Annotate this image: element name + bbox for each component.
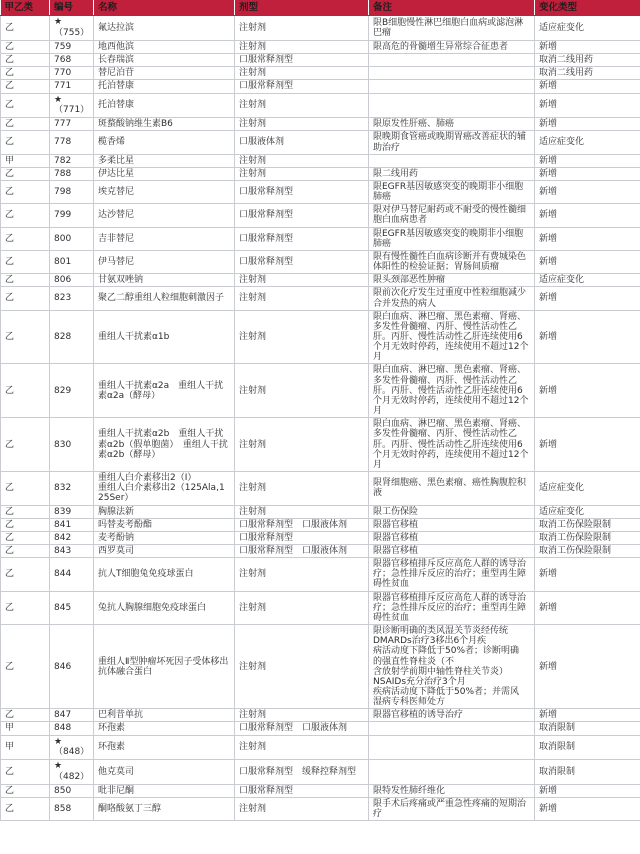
cell-class: 乙 — [1, 204, 50, 227]
header-remark-column: 备注 — [369, 0, 535, 16]
cell-number: 771 — [50, 80, 94, 93]
table-header-row: 甲乙类 编号 名称 剂型 备注 变化类型 — [1, 0, 640, 16]
cell-drug-name: 聚乙二醇重组人粒细胞刺激因子 — [94, 287, 235, 310]
cell-drug-name: 巴利昔单抗 — [94, 709, 235, 722]
cell-number: 782 — [50, 154, 94, 167]
cell-change-type: 新增 — [535, 558, 640, 591]
cell-dosage-form: 注射剂 — [235, 418, 369, 472]
cell-class: 乙 — [1, 505, 50, 518]
cell-remark: 限前次化疗发生过重度中性粒细胞减少合并发热的病人 — [369, 287, 535, 310]
cell-class: 乙 — [1, 67, 50, 80]
cell-dosage-form: 注射剂 — [235, 591, 369, 624]
cell-dosage-form: 注射剂 — [235, 67, 369, 80]
cell-number: 847 — [50, 709, 94, 722]
cell-number: 801 — [50, 250, 94, 273]
cell-drug-name: 重组人干扰素α2a 重组人干扰素α2a（酵母） — [94, 364, 235, 418]
cell-drug-name: 伊达比星 — [94, 167, 235, 180]
cell-remark: 限EGFR基因敏感突变的晚期非小细胞肺癌 — [369, 227, 535, 250]
cell-number: 823 — [50, 287, 94, 310]
cell-change-type: 新增 — [535, 80, 640, 93]
cell-number: 770 — [50, 67, 94, 80]
cell-change-type: 新增 — [535, 797, 640, 820]
cell-dosage-form: 注射剂 — [235, 625, 369, 709]
cell-dosage-form: 注射剂 — [235, 274, 369, 287]
cell-remark — [369, 154, 535, 167]
cell-class: 乙 — [1, 544, 50, 557]
table-row: 甲 782 多柔比星 注射剂 新增 — [1, 154, 640, 167]
table-row: 乙 839 胸腺法新 注射剂 限工伤保险 适应症变化 — [1, 505, 640, 518]
cell-class: 乙 — [1, 760, 50, 785]
cell-number: 858 — [50, 797, 94, 820]
cell-change-type: 新增 — [535, 154, 640, 167]
cell-class: 乙 — [1, 80, 50, 93]
cell-remark: 限器官移植的诱导治疗 — [369, 709, 535, 722]
header-form-column: 剂型 — [235, 0, 369, 16]
cell-number: 832 — [50, 472, 94, 505]
table-row: 乙 801 伊马替尼 口服常释剂型 限有慢性髓性白血病诊断并有费城染色体阳性的检… — [1, 250, 640, 273]
cell-class: 乙 — [1, 784, 50, 797]
cell-dosage-form: 口服常释剂型 口服液体剂 — [235, 722, 369, 735]
cell-class: 乙 — [1, 93, 50, 118]
cell-dosage-form: 注射剂 — [235, 287, 369, 310]
cell-change-type: 新增 — [535, 167, 640, 180]
cell-dosage-form: 注射剂 — [235, 16, 369, 41]
cell-change-type: 适应症变化 — [535, 505, 640, 518]
cell-drug-name: 环孢素 — [94, 735, 235, 760]
cell-drug-name: 甘氨双唑钠 — [94, 274, 235, 287]
cell-dosage-form: 注射剂 — [235, 505, 369, 518]
cell-number: 799 — [50, 204, 94, 227]
cell-number: ★ （482） — [50, 760, 94, 785]
cell-remark: 限器官移植 — [369, 544, 535, 557]
cell-class: 乙 — [1, 797, 50, 820]
cell-change-type: 新增 — [535, 310, 640, 364]
cell-remark: 限特发性肺纤维化 — [369, 784, 535, 797]
cell-remark: 限器官移植 — [369, 531, 535, 544]
cell-change-type: 适应症变化 — [535, 131, 640, 154]
cell-dosage-form: 口服常释剂型 — [235, 54, 369, 67]
cell-dosage-form: 注射剂 — [235, 118, 369, 131]
cell-change-type: 新增 — [535, 204, 640, 227]
cell-remark: 限诊断明确的类风湿关节炎经传统 DMARDs治疗3移出6个月疾 病活动度下降低于… — [369, 625, 535, 709]
table-row: 乙 788 伊达比星 注射剂 限二线用药 新增 — [1, 167, 640, 180]
table-row: 乙 ★ （482） 他克莫司 口服常释剂型 缓释控释剂型 取消限制 — [1, 760, 640, 785]
cell-remark — [369, 67, 535, 80]
cell-remark: 限原发性肝癌、肺癌 — [369, 118, 535, 131]
cell-change-type: 新增 — [535, 287, 640, 310]
cell-dosage-form: 口服常释剂型 口服液体剂 — [235, 544, 369, 557]
table-row: 乙 858 酮咯酸氨丁三醇 注射剂 限手术后疼痛或严重急性疼痛的短期治疗 新增 — [1, 797, 640, 820]
cell-dosage-form: 口服常释剂型 缓释控释剂型 — [235, 760, 369, 785]
cell-dosage-form: 口服常释剂型 — [235, 204, 369, 227]
cell-class: 乙 — [1, 591, 50, 624]
cell-class: 乙 — [1, 16, 50, 41]
cell-change-type: 取消二线用药 — [535, 54, 640, 67]
cell-dosage-form: 口服常释剂型 口服液体剂 — [235, 518, 369, 531]
cell-change-type: 新增 — [535, 40, 640, 53]
cell-dosage-form: 注射剂 — [235, 154, 369, 167]
cell-class: 乙 — [1, 118, 50, 131]
cell-drug-name: 托泊替康 — [94, 80, 235, 93]
cell-change-type: 取消限制 — [535, 722, 640, 735]
cell-dosage-form: 注射剂 — [235, 472, 369, 505]
cell-number: ★ （771） — [50, 93, 94, 118]
cell-drug-name: 吉非替尼 — [94, 227, 235, 250]
cell-drug-name: 多柔比星 — [94, 154, 235, 167]
cell-class: 乙 — [1, 287, 50, 310]
cell-number: 839 — [50, 505, 94, 518]
cell-change-type: 新增 — [535, 118, 640, 131]
table-row: 乙 799 达沙替尼 口服常释剂型 限对伊马替尼耐药或不耐受的慢性髓细胞白血病患… — [1, 204, 640, 227]
cell-change-type: 适应症变化 — [535, 472, 640, 505]
header-change-type-column: 变化类型 — [535, 0, 640, 16]
cell-class: 乙 — [1, 364, 50, 418]
table-row: 乙 768 长春瑞滨 口服常释剂型 取消二线用药 — [1, 54, 640, 67]
cell-number: 798 — [50, 180, 94, 203]
cell-remark: 限高危的骨髓增生异常综合征患者 — [369, 40, 535, 53]
cell-dosage-form: 口服常释剂型 — [235, 784, 369, 797]
cell-remark: 限手术后疼痛或严重急性疼痛的短期治疗 — [369, 797, 535, 820]
cell-number: 806 — [50, 274, 94, 287]
table-row: 甲 ★ （848） 环孢素 注射剂 取消限制 — [1, 735, 640, 760]
cell-number: 841 — [50, 518, 94, 531]
cell-class: 乙 — [1, 418, 50, 472]
cell-drug-name: 胸腺法新 — [94, 505, 235, 518]
cell-dosage-form: 注射剂 — [235, 167, 369, 180]
cell-drug-name: 环孢素 — [94, 722, 235, 735]
cell-number: ★ （848） — [50, 735, 94, 760]
cell-change-type: 新增 — [535, 591, 640, 624]
cell-class: 乙 — [1, 54, 50, 67]
cell-remark: 限白血病、淋巴瘤、黑色素瘤、肾癌、多发性骨髓瘤、丙肝、慢性活动性乙肝。丙肝、慢性… — [369, 310, 535, 364]
table-row: 乙 806 甘氨双唑钠 注射剂 限头颈部恶性肿瘤 适应症变化 — [1, 274, 640, 287]
cell-drug-name: 他克莫司 — [94, 760, 235, 785]
cell-number: 844 — [50, 558, 94, 591]
cell-class: 乙 — [1, 558, 50, 591]
header-class-column: 甲乙类 — [1, 0, 50, 16]
cell-class: 乙 — [1, 310, 50, 364]
cell-number: 850 — [50, 784, 94, 797]
table-row: 乙 777 斑蝥酸钠维生素B6 注射剂 限原发性肝癌、肺癌 新增 — [1, 118, 640, 131]
cell-dosage-form: 注射剂 — [235, 735, 369, 760]
table-row: 乙 847 巴利昔单抗 注射剂 限器官移植的诱导治疗 新增 — [1, 709, 640, 722]
cell-remark: 限B细胞慢性淋巴细胞白血病或滤泡淋巴瘤 — [369, 16, 535, 41]
cell-class: 乙 — [1, 531, 50, 544]
drug-list-table: 甲乙类 编号 名称 剂型 备注 变化类型 乙 ★ （755） 氟达拉滨 注射剂 … — [0, 0, 640, 821]
cell-drug-name: 替尼泊苷 — [94, 67, 235, 80]
cell-remark: 限肾细胞癌、黑色素瘤、癌性胸腹腔积液 — [369, 472, 535, 505]
cell-remark — [369, 80, 535, 93]
cell-change-type: 取消限制 — [535, 760, 640, 785]
cell-dosage-form: 口服常释剂型 — [235, 227, 369, 250]
table-row: 乙 ★ （755） 氟达拉滨 注射剂 限B细胞慢性淋巴细胞白血病或滤泡淋巴瘤 适… — [1, 16, 640, 41]
cell-class: 乙 — [1, 227, 50, 250]
cell-change-type: 新增 — [535, 93, 640, 118]
table-row: 乙 850 吡非尼酮 口服常释剂型 限特发性肺纤维化 新增 — [1, 784, 640, 797]
cell-number: 842 — [50, 531, 94, 544]
table-row: 乙 800 吉非替尼 口服常释剂型 限EGFR基因敏感突变的晚期非小细胞肺癌 新… — [1, 227, 640, 250]
cell-class: 乙 — [1, 40, 50, 53]
cell-remark: 限有慢性髓性白血病诊断并有费城染色体阳性的检验证据；胃肠间质瘤 — [369, 250, 535, 273]
cell-number: 830 — [50, 418, 94, 472]
cell-remark — [369, 93, 535, 118]
cell-remark: 限工伤保险 — [369, 505, 535, 518]
cell-change-type: 取消工伤保险限制 — [535, 518, 640, 531]
cell-drug-name: 达沙替尼 — [94, 204, 235, 227]
table-row: 乙 770 替尼泊苷 注射剂 取消二线用药 — [1, 67, 640, 80]
cell-remark: 限头颈部恶性肿瘤 — [369, 274, 535, 287]
cell-drug-name: 地西他滨 — [94, 40, 235, 53]
cell-remark — [369, 54, 535, 67]
cell-drug-name: 重组人白介素移出2（Ⅰ） 重组人白介素移出2（125Ala,125Ser） — [94, 472, 235, 505]
cell-drug-name: 斑蝥酸钠维生素B6 — [94, 118, 235, 131]
header-name-column: 名称 — [94, 0, 235, 16]
cell-dosage-form: 注射剂 — [235, 40, 369, 53]
cell-class: 乙 — [1, 180, 50, 203]
cell-drug-name: 重组人Ⅱ型肿瘤坏死因子受体移出抗体融合蛋白 — [94, 625, 235, 709]
cell-dosage-form: 口服常释剂型 — [235, 180, 369, 203]
cell-change-type: 取消限制 — [535, 735, 640, 760]
cell-class: 甲 — [1, 722, 50, 735]
cell-drug-name: 兔抗人胸腺细胞免疫球蛋白 — [94, 591, 235, 624]
cell-dosage-form: 注射剂 — [235, 797, 369, 820]
table-row: 乙 ★ （771） 托泊替康 注射剂 新增 — [1, 93, 640, 118]
cell-class: 乙 — [1, 625, 50, 709]
cell-dosage-form: 注射剂 — [235, 709, 369, 722]
table-row: 乙 778 榄香烯 口服液体剂 限晚期食管癌或晚期胃癌改善症状的辅助治疗 适应症… — [1, 131, 640, 154]
cell-drug-name: 酮咯酸氨丁三醇 — [94, 797, 235, 820]
table-row: 甲 848 环孢素 口服常释剂型 口服液体剂 取消限制 — [1, 722, 640, 735]
table-row: 乙 845 兔抗人胸腺细胞免疫球蛋白 注射剂 限器官移植排斥反应高危人群的诱导治… — [1, 591, 640, 624]
table-row: 乙 830 重组人干扰素α2b 重组人干扰素α2b（假单胞菌） 重组人干扰素α2… — [1, 418, 640, 472]
table-body: 乙 ★ （755） 氟达拉滨 注射剂 限B细胞慢性淋巴细胞白血病或滤泡淋巴瘤 适… — [1, 16, 640, 821]
table-row: 乙 841 吗替麦考酚酯 口服常释剂型 口服液体剂 限器官移植 取消工伤保险限制 — [1, 518, 640, 531]
cell-number: 768 — [50, 54, 94, 67]
cell-number: 800 — [50, 227, 94, 250]
cell-number: 848 — [50, 722, 94, 735]
cell-drug-name: 托泊替康 — [94, 93, 235, 118]
cell-drug-name: 重组人干扰素α2b 重组人干扰素α2b（假单胞菌） 重组人干扰素α2b（酵母） — [94, 418, 235, 472]
cell-class: 乙 — [1, 472, 50, 505]
table-row: 乙 843 西罗莫司 口服常释剂型 口服液体剂 限器官移植 取消工伤保险限制 — [1, 544, 640, 557]
table-row: 乙 759 地西他滨 注射剂 限高危的骨髓增生异常综合征患者 新增 — [1, 40, 640, 53]
cell-dosage-form: 注射剂 — [235, 558, 369, 591]
cell-number: 843 — [50, 544, 94, 557]
cell-change-type: 适应症变化 — [535, 274, 640, 287]
header-number-column: 编号 — [50, 0, 94, 16]
cell-remark: 限白血病、淋巴瘤、黑色素瘤、肾癌、多发性骨髓瘤、丙肝、慢性活动性乙肝。丙肝、慢性… — [369, 418, 535, 472]
cell-dosage-form: 口服常释剂型 — [235, 531, 369, 544]
cell-number: 828 — [50, 310, 94, 364]
cell-change-type: 新增 — [535, 418, 640, 472]
cell-remark — [369, 760, 535, 785]
cell-class: 乙 — [1, 709, 50, 722]
cell-remark — [369, 722, 535, 735]
cell-change-type: 取消工伤保险限制 — [535, 531, 640, 544]
cell-change-type: 适应症变化 — [535, 16, 640, 41]
cell-change-type: 新增 — [535, 625, 640, 709]
cell-class: 乙 — [1, 131, 50, 154]
table-row: 乙 842 麦考酚钠 口服常释剂型 限器官移植 取消工伤保险限制 — [1, 531, 640, 544]
cell-dosage-form: 注射剂 — [235, 364, 369, 418]
cell-drug-name: 长春瑞滨 — [94, 54, 235, 67]
table-row: 乙 798 埃克替尼 口服常释剂型 限EGFR基因敏感突变的晚期非小细胞肺癌 新… — [1, 180, 640, 203]
cell-drug-name: 埃克替尼 — [94, 180, 235, 203]
cell-class: 乙 — [1, 518, 50, 531]
cell-remark: 限器官移植 — [369, 518, 535, 531]
cell-class: 乙 — [1, 167, 50, 180]
cell-number: 788 — [50, 167, 94, 180]
cell-number: ★ （755） — [50, 16, 94, 41]
cell-change-type: 新增 — [535, 180, 640, 203]
table-row: 乙 829 重组人干扰素α2a 重组人干扰素α2a（酵母） 注射剂 限白血病、淋… — [1, 364, 640, 418]
table-row: 乙 828 重组人干扰素α1b 注射剂 限白血病、淋巴瘤、黑色素瘤、肾癌、多发性… — [1, 310, 640, 364]
cell-number: 845 — [50, 591, 94, 624]
cell-drug-name: 西罗莫司 — [94, 544, 235, 557]
cell-remark: 限器官移植排斥反应高危人群的诱导治疗；急性排斥反应的治疗；重型再生障碍性贫血 — [369, 558, 535, 591]
cell-dosage-form: 口服液体剂 — [235, 131, 369, 154]
cell-remark: 限EGFR基因敏感突变的晚期非小细胞肺癌 — [369, 180, 535, 203]
cell-change-type: 新增 — [535, 250, 640, 273]
cell-number: 777 — [50, 118, 94, 131]
cell-remark: 限晚期食管癌或晚期胃癌改善症状的辅助治疗 — [369, 131, 535, 154]
cell-dosage-form: 口服常释剂型 — [235, 80, 369, 93]
drug-list-page: 甲乙类 编号 名称 剂型 备注 变化类型 乙 ★ （755） 氟达拉滨 注射剂 … — [0, 0, 640, 854]
cell-remark: 限白血病、淋巴瘤、黑色素瘤、肾癌、多发性骨髓瘤、丙肝、慢性活动性乙肝。丙肝、慢性… — [369, 364, 535, 418]
cell-drug-name: 吗替麦考酚酯 — [94, 518, 235, 531]
cell-number: 778 — [50, 131, 94, 154]
table-row: 乙 832 重组人白介素移出2（Ⅰ） 重组人白介素移出2（125Ala,125S… — [1, 472, 640, 505]
cell-change-type: 新增 — [535, 784, 640, 797]
cell-class: 甲 — [1, 154, 50, 167]
cell-drug-name: 氟达拉滨 — [94, 16, 235, 41]
cell-change-type: 新增 — [535, 709, 640, 722]
cell-drug-name: 伊马替尼 — [94, 250, 235, 273]
cell-change-type: 取消工伤保险限制 — [535, 544, 640, 557]
cell-dosage-form: 注射剂 — [235, 93, 369, 118]
table-row: 乙 844 抗人T细胞兔免疫球蛋白 注射剂 限器官移植排斥反应高危人群的诱导治疗… — [1, 558, 640, 591]
cell-change-type: 新增 — [535, 364, 640, 418]
cell-remark: 限对伊马替尼耐药或不耐受的慢性髓细胞白血病患者 — [369, 204, 535, 227]
cell-drug-name: 榄香烯 — [94, 131, 235, 154]
cell-drug-name: 吡非尼酮 — [94, 784, 235, 797]
cell-number: 759 — [50, 40, 94, 53]
table-row: 乙 846 重组人Ⅱ型肿瘤坏死因子受体移出抗体融合蛋白 注射剂 限诊断明确的类风… — [1, 625, 640, 709]
cell-drug-name: 抗人T细胞兔免疫球蛋白 — [94, 558, 235, 591]
cell-drug-name: 麦考酚钠 — [94, 531, 235, 544]
cell-remark: 限器官移植排斥反应高危人群的诱导治疗；急性排斥反应的治疗；重型再生障碍性贫血 — [369, 591, 535, 624]
cell-number: 829 — [50, 364, 94, 418]
cell-remark — [369, 735, 535, 760]
table-row: 乙 823 聚乙二醇重组人粒细胞刺激因子 注射剂 限前次化疗发生过重度中性粒细胞… — [1, 287, 640, 310]
cell-change-type: 新增 — [535, 227, 640, 250]
cell-class: 甲 — [1, 735, 50, 760]
cell-class: 乙 — [1, 250, 50, 273]
cell-change-type: 取消二线用药 — [535, 67, 640, 80]
table-row: 乙 771 托泊替康 口服常释剂型 新增 — [1, 80, 640, 93]
cell-dosage-form: 注射剂 — [235, 310, 369, 364]
cell-remark: 限二线用药 — [369, 167, 535, 180]
cell-drug-name: 重组人干扰素α1b — [94, 310, 235, 364]
cell-dosage-form: 口服常释剂型 — [235, 250, 369, 273]
cell-number: 846 — [50, 625, 94, 709]
cell-class: 乙 — [1, 274, 50, 287]
